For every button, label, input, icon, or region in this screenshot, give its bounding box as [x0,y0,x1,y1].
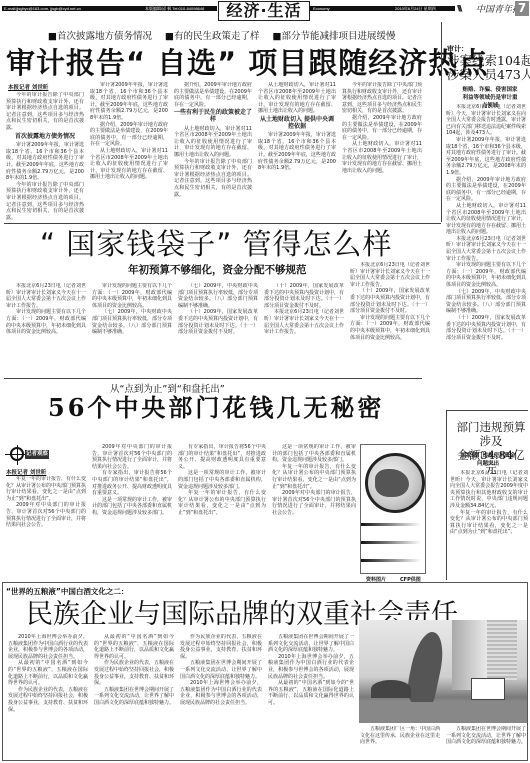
streak-decoration [361,541,421,544]
story3-column-4: 这是一项常规的审计工作，被审计的部门包括了中央各部委和直属机构，资金违规问题涉及… [272,444,356,576]
story1-column-5: 今年的审计报告除了中央部门预算执行和财政收支审计外，还有审计署根据经济热点自选的… [342,82,422,222]
sidebar2-deck: 国家部门违规使用资金问题突出 [458,452,518,468]
crosshair-circle [10,447,24,461]
sidebar-divider [446,410,528,411]
page-number: 7 [515,1,529,16]
story1-column-1: 今年的审计报告除了中央部门预算执行和财政收支审计外，还有审计署根据经济热点自选的… [6,92,84,222]
contact-email: E-mail:jjsgbyc@163.com, jjsgb@cyd.net.cn [4,6,81,11]
column-badge: 记者观察 [5,445,50,465]
factory-photo [359,620,527,723]
story1-headline[interactable]: 审计报告“ 自选” 项目跟随经济热点 [6,46,488,80]
story2-column-1: 本报北京6月23日电（记者刘世昕）审计署审计长刘家义今天在十一届全国人大常委会第… [6,283,86,375]
column-divider [441,22,442,222]
masthead: E-mail:jjsgbyc@163.com, jjsgb@cyd.net.cn… [0,0,530,22]
sidebar2-headline-line1: 部门违规预算涉及 [452,420,530,448]
section-divider [4,378,422,379]
editor-info: 本版编辑/邱 枫 Tel:010-64098646 [145,6,204,11]
story3-byline: 本报记者 刘世昕 [6,468,46,476]
story3-headline[interactable]: 56个中央部门花钱几无秘密 [48,393,384,423]
column-divider [446,410,447,580]
streak-decoration [361,559,421,562]
story2-column-4: （十）2009年，国家发展改革委下达的中央预算内投资计划中，有部分投资计划未及时… [264,283,344,375]
photo-caption-left: 五粮液集团厂区一角：中国白酒文化在这里传承，民族企业在这里走向世界。 [360,726,440,760]
decorative-slashes: \\\\\ [457,4,460,13]
story2-column-3: （七）2009年，中央财政中央部门项目预算执行率较低，部分专项资金结余较多。（八… [178,283,258,375]
story2-headline[interactable]: “ 国家钱袋子” 管得怎么样 [40,227,393,261]
dome-shape [371,680,411,698]
sidebar1-headline-line2: 涉案人员473人 [447,68,530,82]
story4-column-4: 五粮液集团在世博会期间开展了一系列文化交流活动，让世界了解中国白酒文化的深厚底蕴… [268,634,354,760]
kicker-item: ■有的民生政策走了样 [165,31,259,42]
story3-column-2: 2009年对中央部门的审计报告，审计署首次对56个中央部门的预算执行情况进行了全… [92,444,172,576]
pond-shape [359,702,527,723]
story2-column-5: 本报北京6月23日电（记者刘世昕）审计署审计长刘家义今天在十一届全国人大常委会第… [350,262,430,375]
section-en: Economy [313,6,330,11]
section-divider [4,223,441,224]
magnifier-illustration [360,444,426,574]
story2-column-2: 审计发现的问题主要有以下几个方面：（一）2009年，财政部代编的中央本级预算中，… [92,283,172,375]
section-title: 经济·生活 [218,1,310,21]
sidebar1-headline[interactable]: 涉案线索104起 涉案人员473人 [447,54,530,82]
story2-deck: 年初预算不够细化，资金分配不够规范 [128,262,307,277]
story1-byline: 本报记者 刘世昕 [8,83,48,91]
story1-column-2: 审计署2009年年报，审计署选取18个省、16个市和36个县本级，对其地方政府性… [90,82,168,222]
building-shape [487,620,517,682]
sidebar1-headline-line1: 涉案线索104起 [447,54,530,68]
story4-column-3: 作为民族企业的代表，五粮液在发展过程中始终坚持回报社会，积极投身公益事业，支持教… [180,634,262,760]
story3-column-1: 年复一年的审计报告，有什么变化？从审计署公布的中央部门预算执行审计结果看，变化之… [6,476,86,576]
story4-column-2: 从最初的“中国名酒”到如今的“世界的五粮液”，五粮液在国际化道路上不断前行，以品… [94,634,174,760]
story1-column-3: 据介绍，2009年审计地方政府的主要做法是举债建设，在2009年底的债务中，有一… [174,82,252,222]
entrance-shape [471,678,505,700]
sidebar1-column: 本报北京6月23日电（记者刘世昕）今天，审计署审计长刘家义在向全国人大常委会报告… [446,104,526,374]
story4-column-1: 2010年上海世博会举办前夕，五粮液集团作为中国白酒行业的代表企业，积极参与世博… [8,634,88,760]
issue-date: 2010年6月24日 星期四 [395,6,436,11]
story3-column-3: 有专家指出，审计报告将56个中央部门的审计结果“和盘托出”，对推进政务公开、提高… [178,444,266,576]
kicker-item: ■部分节能减排项目进展缓慢 [273,31,396,42]
streak-decoration [361,523,421,526]
china-map-icon [375,469,409,497]
kicker-item: ■首次披露地方债务情况 [48,31,152,42]
photo-caption-right: 五粮液集团在世博会期间开展了一系列文化交流活动，让世界了解中国白酒文化的深厚底蕴… [446,726,526,760]
sidebar2-column: 本报北京6月23日电（记者刘世昕）今天，审计署审计长刘家义向全国人大常委会报告2… [450,470,528,578]
story1-column-4: 从土地财政切入，审计署对11个省区市2008年至2009年土地出让收入的征收使用… [258,82,336,222]
column-tag: 记者观察 [25,450,49,459]
story1-kicker: ■首次披露地方债务情况 ■有的民生政策走了样 ■部分节能减排项目进展缓慢 [48,28,406,42]
story4-kicker: “世界的五粮液”中国白酒文化之二： [6,586,128,597]
